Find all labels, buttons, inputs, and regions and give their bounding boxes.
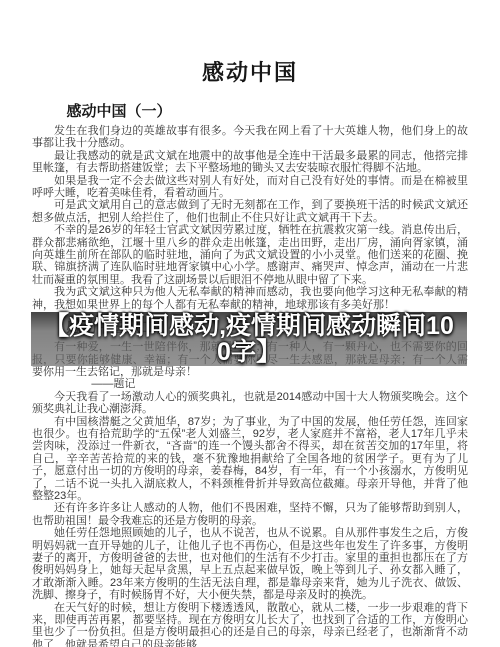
paragraph: 最让我感动的就是武文斌在地震中的故事他是全连中干活最多最累的同志，他搭完排里帐篷… — [32, 150, 468, 175]
paragraph: 她任劳任怨地照顾她的儿子，也从不说苦，也从不说累。自从那件事发生之后，方俊明妈妈… — [32, 527, 468, 601]
overlay-text-line1: 【疫情期间感动,疫情期间感动瞬间10 — [44, 313, 454, 339]
paragraph: 如果是我一定不会去做这些对别人有好处，而对自己没有好处的事情。而是在棉被里呼呼大… — [32, 175, 468, 200]
paragraph: 有中国核潜艇之父黄旭华，87岁；为了事业，为了中国的发展，他任劳任怨，连回家也很… — [32, 416, 468, 503]
overlay-banner: 【疫情期间感动,疫情期间感动瞬间10 0字】 — [31, 312, 467, 366]
section-1: 感动中国（一） 发生在我们身边的英雄故事有很多。今天我在网上看了十大英雄人物，他… — [32, 100, 468, 311]
paragraph: 还有许多许多让人感动的人物，他们不畏困难，坚持不懈，只为了能够帮助到别人，也帮助… — [32, 502, 468, 527]
paragraph: 不幸的是26岁的年轻士官武文斌因劳累过度，牺牲在抗震救灾第一线。消息传出后，群众… — [32, 224, 468, 286]
paragraph: 我为武文斌这种只为他人无私奉献的精神而感动，我也要向他学习这种无私奉献的精神，我… — [32, 286, 468, 311]
section-1-heading: 感动中国（一） — [32, 100, 468, 121]
paragraph: 在天气好的时候，想让方俊明下楼透透风，散散心，就从二楼，一步一步艰难的背下来，即… — [32, 602, 468, 647]
paragraph: 可是武文斌用自己的意志做到了无时无刻都在工作，到了要换班干活的时候武文斌还想多做… — [32, 199, 468, 224]
document-page: 感动中国 感动中国（一） 发生在我们身边的英雄故事有很多。今天我在网上看了十大英… — [0, 0, 500, 647]
paragraph: 发生在我们身边的英雄故事有很多。今天我在网上看了十大英雄人物，他们身上的故事都让… — [32, 125, 468, 150]
section-2: 【疫情期间感动,疫情期间感动瞬间10 0字】 感动中国（二） 有一种爱，一生一世… — [32, 316, 468, 378]
epigraph: ——题记 — [32, 378, 468, 390]
paragraph: 今天我看了一场激动人心的颁奖典礼，也就是2014感动中国十大人物颁奖晚会。这个颁… — [32, 391, 468, 416]
overlay-text-line2: 0字】 — [217, 339, 281, 365]
document-title: 感动中国 — [32, 56, 468, 87]
